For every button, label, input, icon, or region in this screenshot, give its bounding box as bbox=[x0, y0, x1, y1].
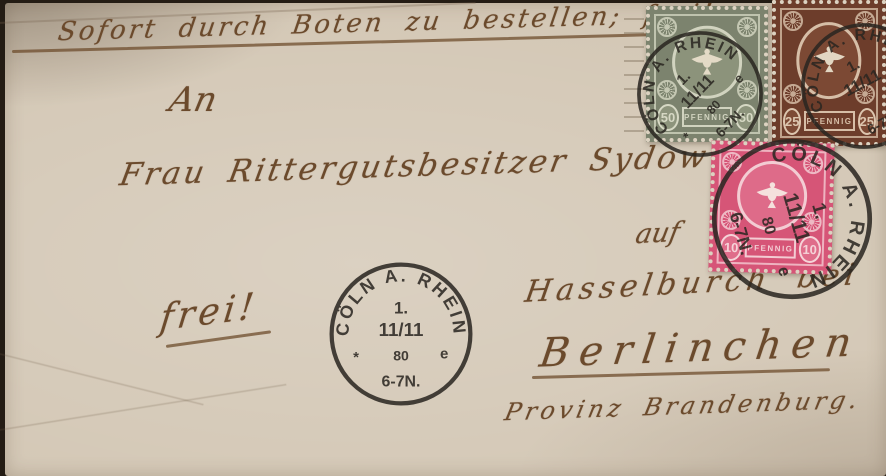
connector-word: auf bbox=[633, 217, 683, 251]
postmark-time: 6-7N. bbox=[726, 210, 757, 257]
postmark-index-letter: e bbox=[774, 264, 795, 278]
rosette-icon bbox=[783, 11, 803, 31]
postmark-date: 11/11 bbox=[778, 190, 814, 245]
postmark-year: 80 bbox=[757, 215, 778, 237]
salutation: An bbox=[166, 80, 221, 120]
postmark-index-letter: e bbox=[731, 71, 747, 87]
postmark-central: CÖLN A. RHEIN 1. 11/11 * 80 e 6-7N. bbox=[326, 259, 476, 409]
postmark-day: 1. bbox=[394, 298, 408, 317]
postmark-star: * bbox=[680, 129, 695, 144]
postmark-date: 11/11 bbox=[379, 319, 424, 340]
postmark-index-letter: e bbox=[440, 345, 448, 362]
postmark-year: 80 bbox=[704, 97, 724, 117]
postmark-star: * bbox=[353, 349, 359, 366]
envelope-photo: Sofort durch Boten zu bestellen; frei! A… bbox=[0, 0, 886, 476]
postmark-day: 1. bbox=[807, 201, 832, 222]
postmark-time: 6-7N. bbox=[382, 374, 421, 391]
postmark-date: 11/11 bbox=[841, 66, 884, 100]
postmark-year: 80 bbox=[393, 347, 409, 363]
postmark-time: 6-7N. bbox=[864, 107, 886, 137]
rosette-icon bbox=[737, 17, 757, 37]
